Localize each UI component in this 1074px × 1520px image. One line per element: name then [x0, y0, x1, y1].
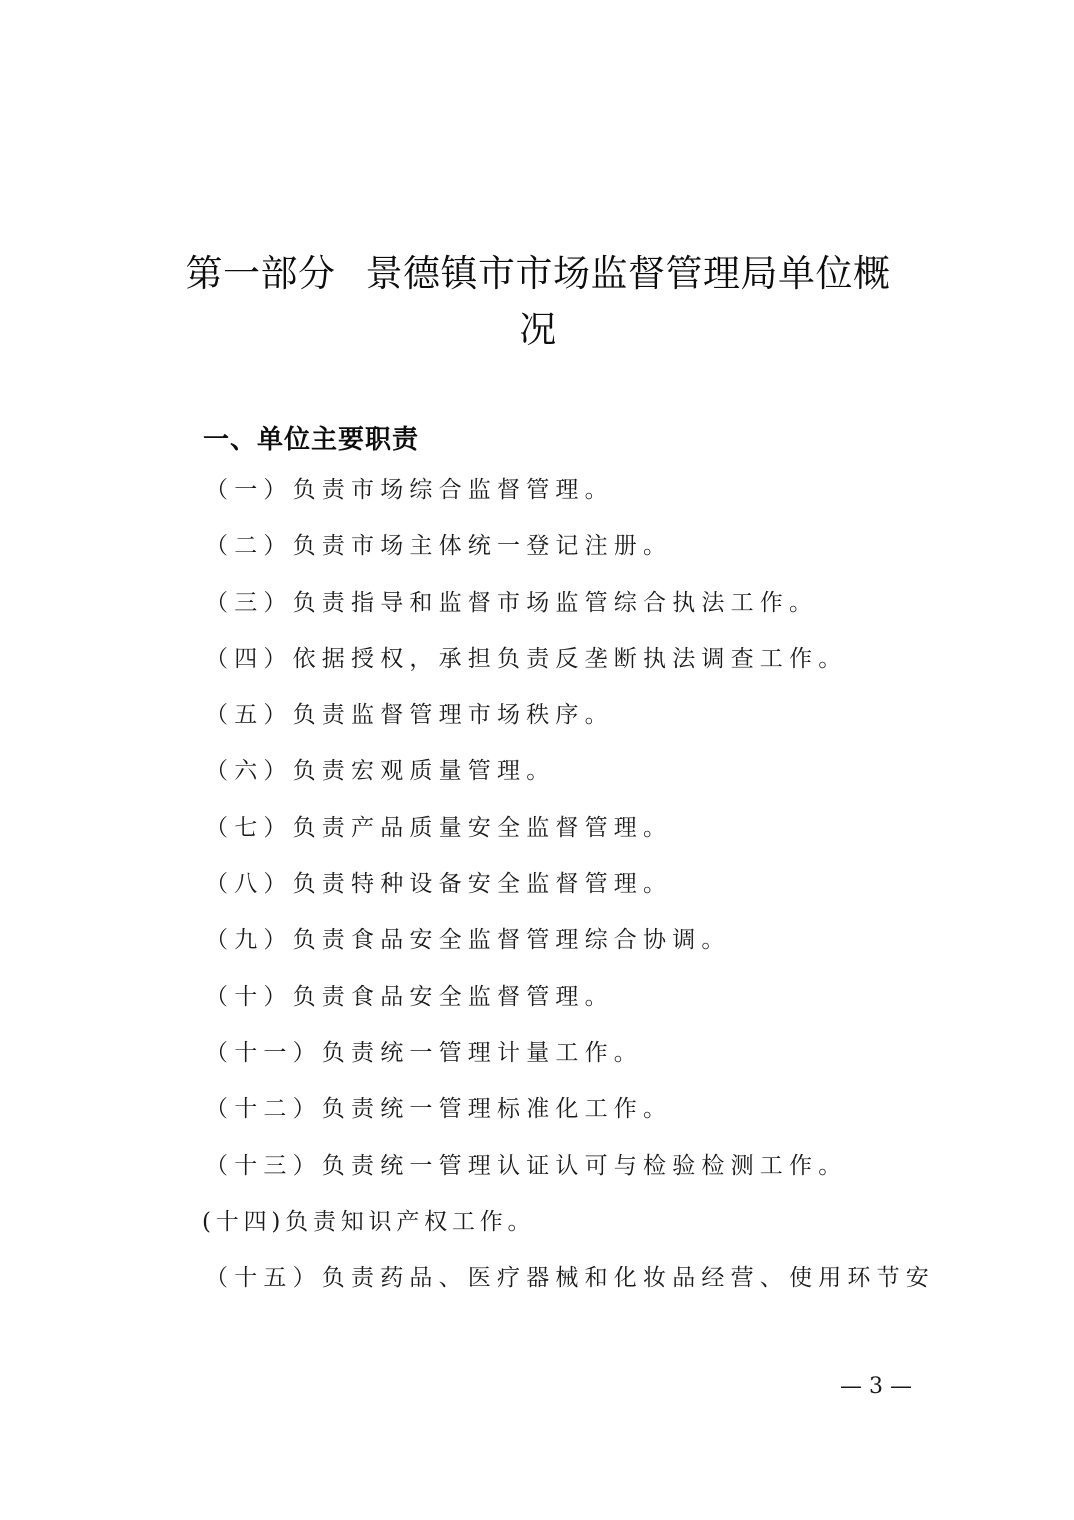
list-item: （十三）负责统一管理认证认可与检验检测工作。	[205, 1146, 965, 1202]
responsibilities-list: （一）负责市场综合监督管理。 （二）负责市场主体统一登记注册。 （三）负责指导和…	[205, 470, 965, 1314]
page-title: 第一部分景德镇市市场监督管理局单位概 况	[150, 246, 926, 358]
section-heading: 一、单位主要职责	[203, 420, 419, 460]
list-item: （十五）负责药品、医疗器械和化妆品经营、使用环节安	[205, 1258, 965, 1314]
title-main-text: 景德镇市市场监督管理局单位概	[366, 252, 891, 295]
document-page: 第一部分景德镇市市场监督管理局单位概 况 一、单位主要职责 （一）负责市场综合监…	[0, 0, 1074, 1520]
list-item: （一）负责市场综合监督管理。	[205, 470, 965, 526]
list-item: （十）负责食品安全监督管理。	[205, 977, 965, 1033]
list-item: （十一）负责统一管理计量工作。	[205, 1033, 965, 1089]
list-item: （八）负责特种设备安全监督管理。	[205, 864, 965, 920]
list-item: （十二）负责统一管理标准化工作。	[205, 1089, 965, 1145]
list-item: （六）负责宏观质量管理。	[205, 751, 965, 807]
page-number: — 3 —	[840, 1372, 912, 1402]
list-item: （五）负责监督管理市场秩序。	[205, 695, 965, 751]
list-item: （九）负责食品安全监督管理综合协调。	[205, 920, 965, 976]
list-item: （二）负责市场主体统一登记注册。	[205, 526, 965, 582]
title-wrap-text: 况	[519, 308, 557, 351]
list-item: （四）依据授权，承担负责反垄断执法调查工作。	[205, 639, 965, 695]
list-item: （三）负责指导和监督市场监管综合执法工作。	[205, 583, 965, 639]
list-item: (十四)负责知识产权工作。	[202, 1202, 965, 1258]
title-part-label: 第一部分	[186, 252, 336, 295]
list-item: （七）负责产品质量安全监督管理。	[205, 808, 965, 864]
